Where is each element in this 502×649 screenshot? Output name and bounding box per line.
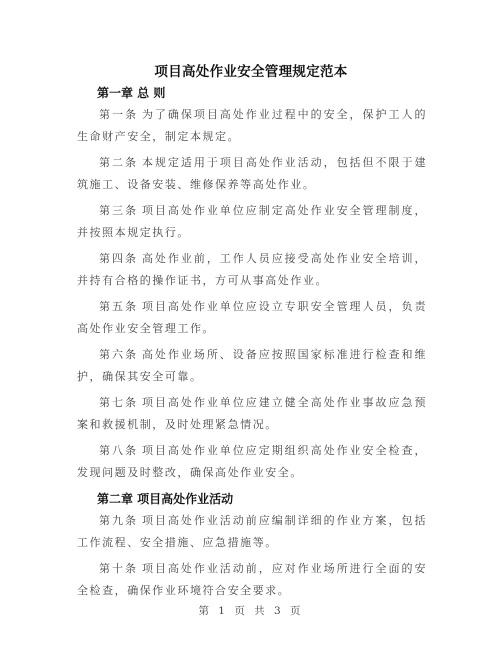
document-title: 项目高处作业安全管理规定范本 xyxy=(0,60,502,80)
document-page: 项目高处作业安全管理规定范本 第一章 总 则 第一条为了确保项目高处作业过程中的… xyxy=(0,0,502,649)
document-body: 第一章 总 则 第一条为了确保项目高处作业过程中的安全，保护工人的生命财产安全，… xyxy=(77,82,427,606)
article-label: 第八条 xyxy=(99,444,138,457)
article-paragraph: 第九条项目高处作业活动前应编制详细的作业方案，包括工作流程、安全措施、应急措施等… xyxy=(77,510,427,554)
chapter-heading: 第一章 总 则 xyxy=(77,82,427,104)
article-paragraph: 第六条高处作业场所、设备应按照国家标准进行检查和维护，确保其安全可靠。 xyxy=(77,344,427,388)
article-label: 第十条 xyxy=(99,562,138,575)
article-label: 第五条 xyxy=(99,300,138,313)
article-paragraph: 第十条项目高处作业活动前，应对作业场所进行全面的安全检查，确保作业环境符合安全要… xyxy=(77,558,427,602)
article-paragraph: 第一条为了确保项目高处作业过程中的安全，保护工人的生命财产安全，制定本规定。 xyxy=(77,104,427,148)
article-paragraph: 第七条项目高处作业单位应建立健全高处作业事故应急预案和救援机制，及时处理紧急情况… xyxy=(77,392,427,436)
article-label: 第一条 xyxy=(99,108,138,121)
article-paragraph: 第五条项目高处作业单位应设立专职安全管理人员，负责高处作业安全管理工作。 xyxy=(77,296,427,340)
article-label: 第四条 xyxy=(99,252,138,265)
article-paragraph: 第四条高处作业前，工作人员应接受高处作业安全培训，并持有合格的操作证书，方可从事… xyxy=(77,248,427,292)
article-paragraph: 第二条本规定适用于项目高处作业活动，包括但不限于建筑施工、设备安装、维修保养等高… xyxy=(77,152,427,196)
article-paragraph: 第八条项目高处作业单位应定期组织高处作业安全检查，发现问题及时整改，确保高处作业… xyxy=(77,440,427,484)
article-label: 第二条 xyxy=(99,156,138,169)
article-label: 第三条 xyxy=(99,204,138,217)
article-paragraph: 第三条项目高处作业单位应制定高处作业安全管理制度，并按照本规定执行。 xyxy=(77,200,427,244)
article-label: 第七条 xyxy=(99,396,138,409)
article-label: 第六条 xyxy=(99,348,138,361)
page-number-footer: 第 1 页 共 3 页 xyxy=(0,603,502,618)
article-label: 第九条 xyxy=(99,514,138,527)
chapter-heading: 第二章 项目高处作业活动 xyxy=(77,488,427,510)
